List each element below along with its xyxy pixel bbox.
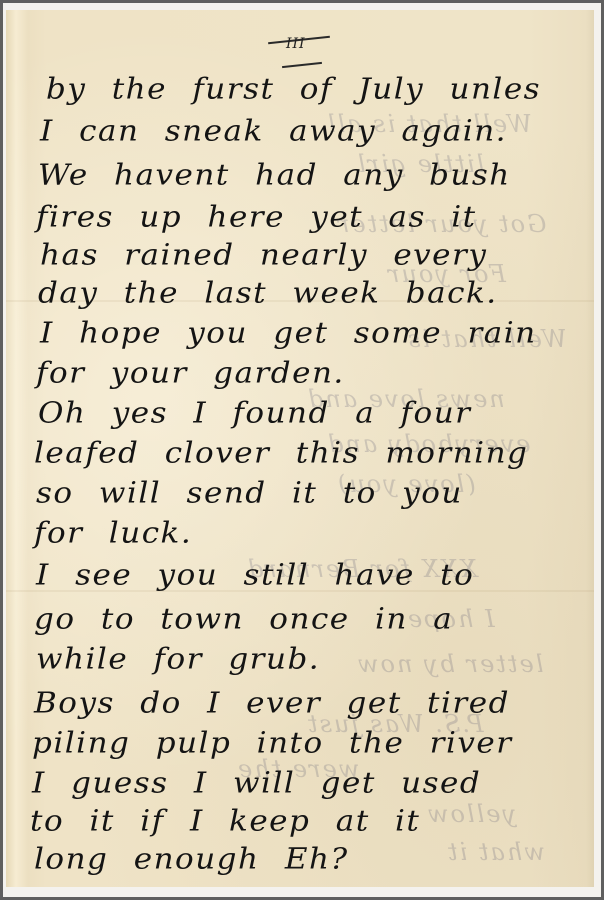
letter-line: I can sneak away again. (40, 115, 507, 148)
letter-line: long enough Eh? (34, 843, 349, 876)
letter-line: We havent had any bush (38, 159, 511, 192)
letter-line: I guess I will get used (32, 767, 481, 800)
letter-paper: Well that is all little girl Got your le… (6, 10, 594, 887)
letter-line: while for grub. (36, 643, 320, 676)
scan-frame: Well that is all little girl Got your le… (3, 3, 601, 897)
letter-line: has rained nearly every (40, 239, 487, 272)
bleed-through-text: what it (446, 838, 545, 866)
letter-line: fires up here yet as it (36, 201, 477, 234)
letter-line: leafed clover this morning (34, 437, 528, 470)
letter-line: day the last week back. (38, 277, 498, 310)
letter-line: go to town once in a (34, 603, 453, 636)
letter-line: for your garden. (36, 357, 345, 390)
letter-line: I see you still have to (36, 559, 474, 592)
page-number-text: III (286, 36, 306, 52)
letter-line: by the furst of July unles (46, 73, 541, 106)
page-number: III (268, 32, 338, 72)
letter-line: I hope you get some rain (40, 317, 537, 350)
letter-line: so will send it to you (36, 477, 463, 510)
page-number-underline (282, 62, 322, 68)
letter-line: Boys do I ever get tired (34, 687, 510, 720)
letter-line: Oh yes I found a four (38, 397, 471, 430)
letter-line: piling pulp into the river (32, 727, 513, 760)
bleed-through-text: letter by now (356, 650, 543, 678)
letter-line: to it if I keep at it (30, 805, 420, 838)
letter-line: for luck. (34, 517, 192, 550)
bleed-through-text: yellow (426, 800, 516, 828)
